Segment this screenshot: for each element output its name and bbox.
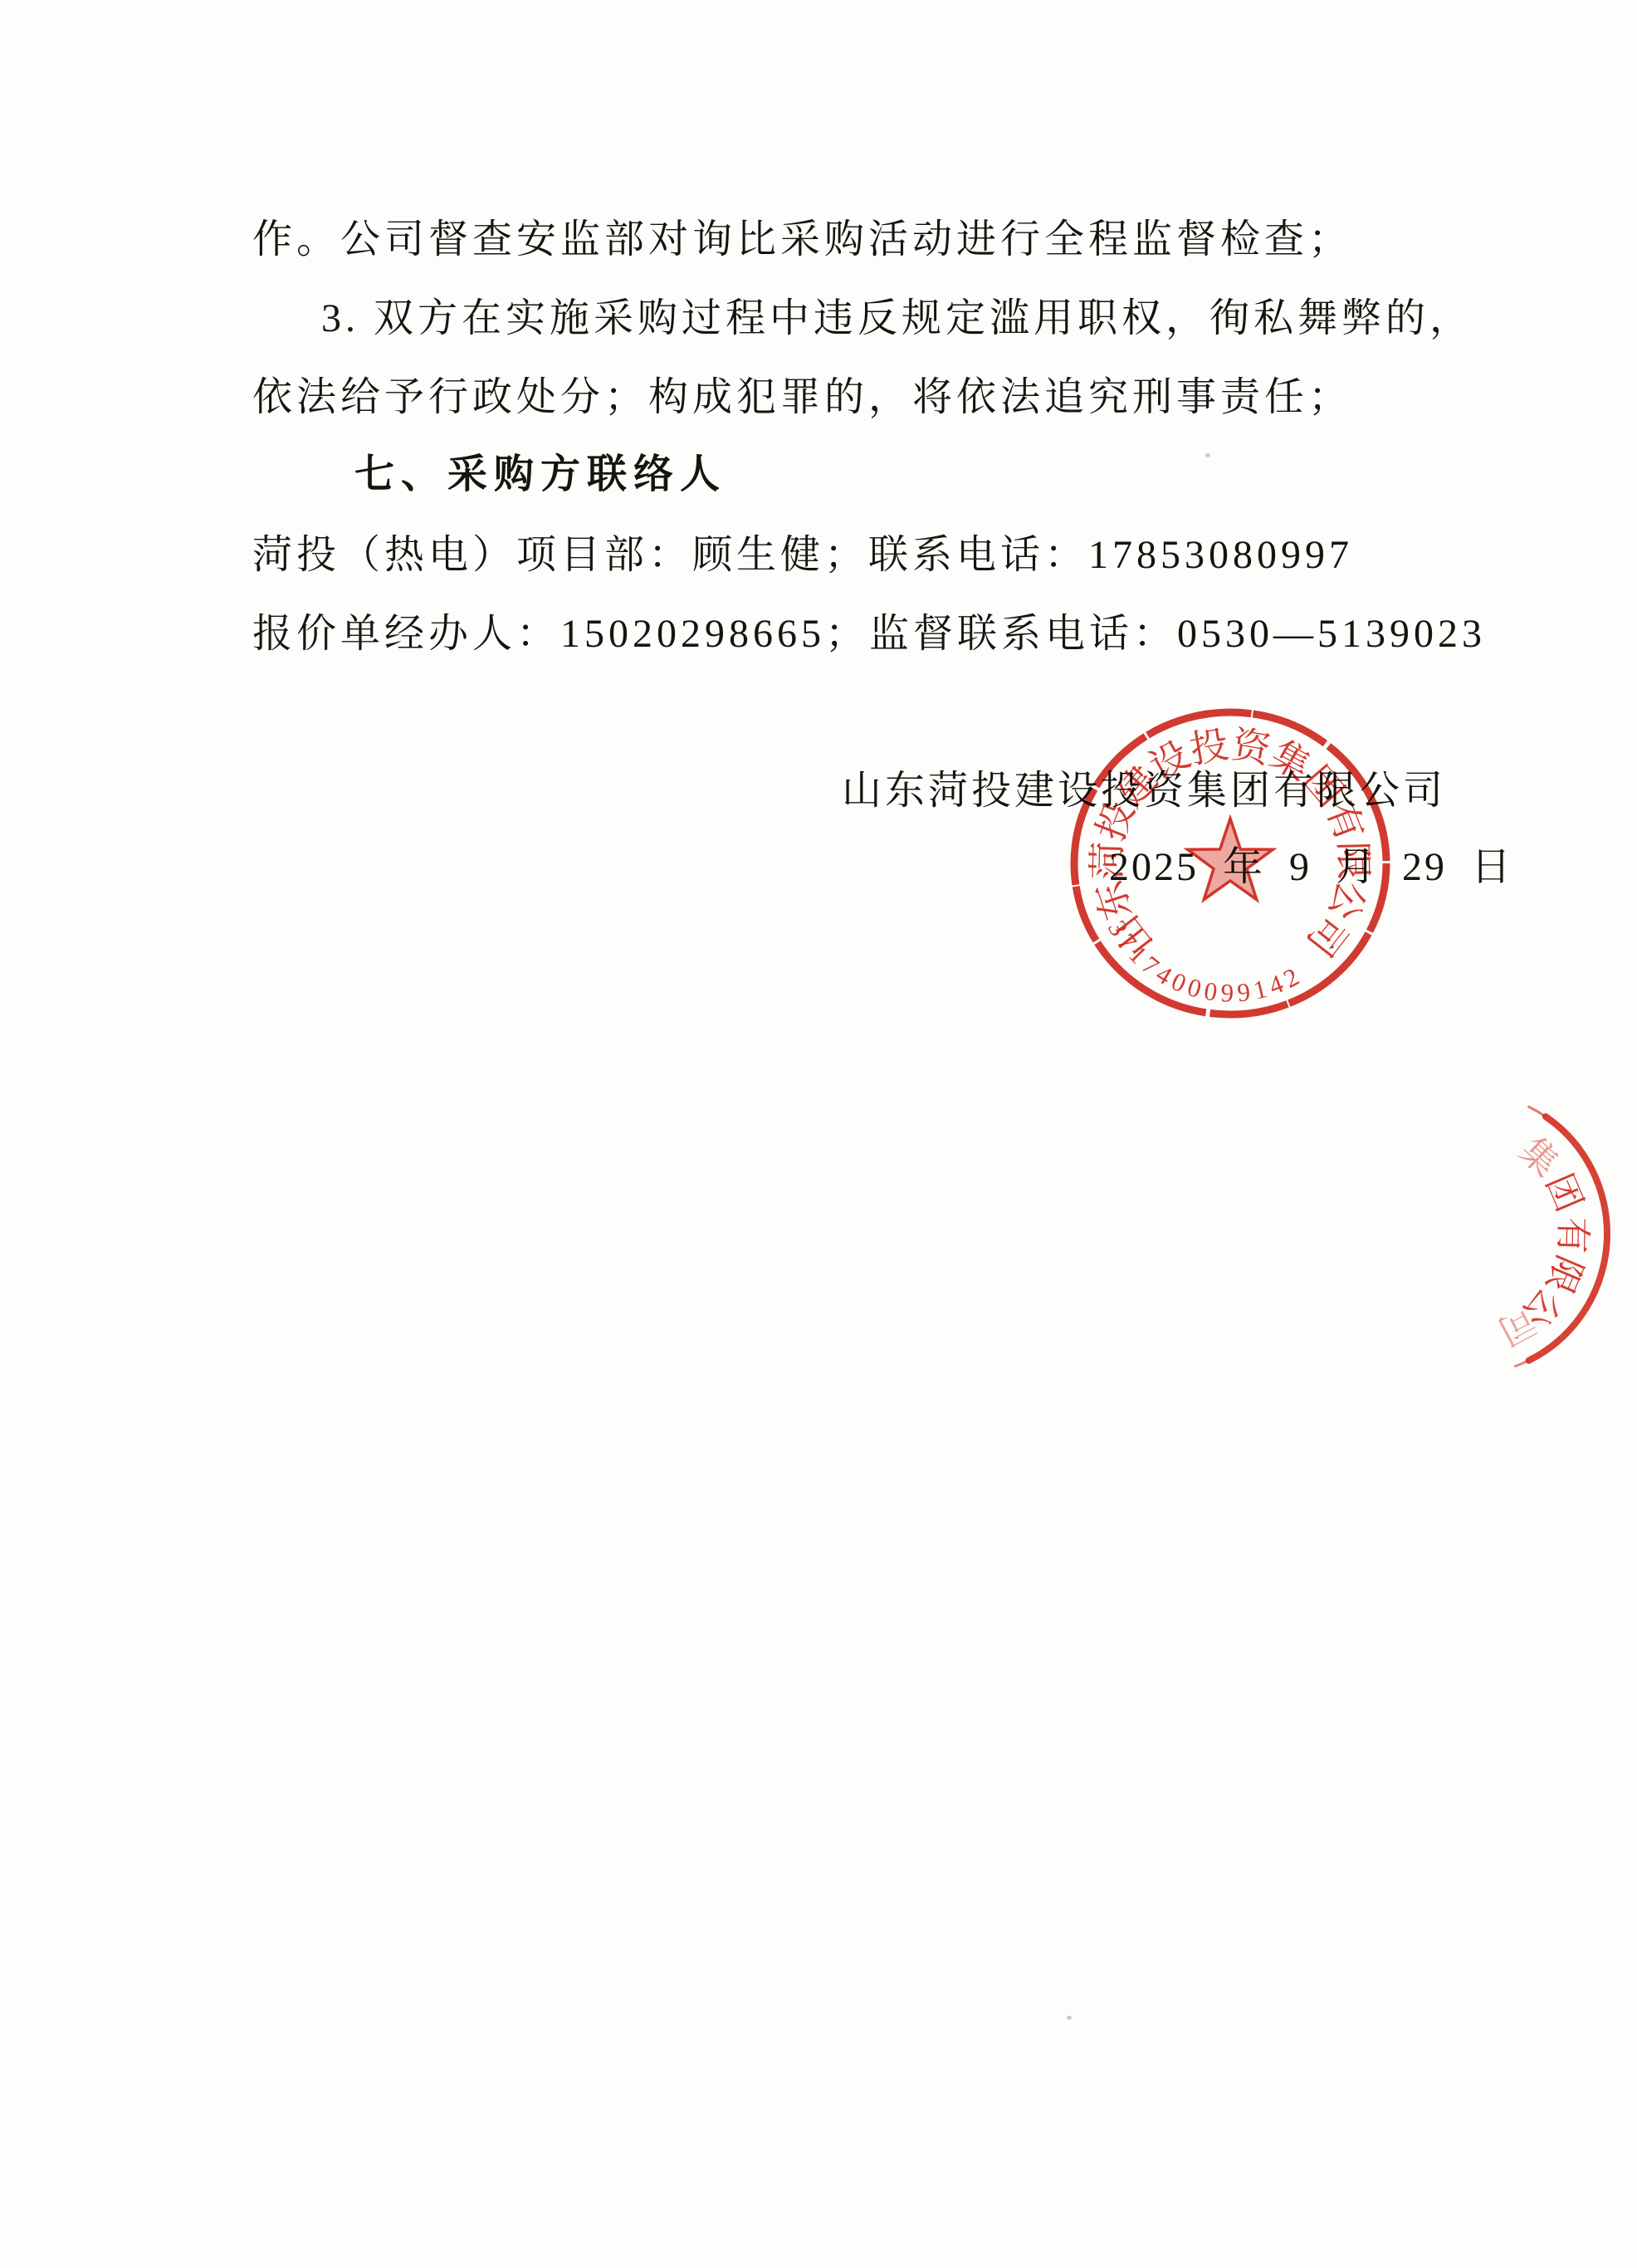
body-line-2: 3. 双方在实施采购过程中违反规定滥用职权，徇私舞弊的， [321,297,1473,340]
svg-text:9: 9 [1220,978,1234,1007]
company-seal-stamp: 山东菏投建设投资集团有限公司3717400099142 [1048,681,1413,1046]
scan-speck [1205,453,1210,457]
body-line-1: 作。公司督查安监部对询比采购活动进行全程监督检查； [252,218,1352,262]
scan-speck [1067,2016,1072,2020]
body-line-3: 依法给予行政处分；构成犯罪的，将依法追究刑事责任； [252,376,1352,419]
svg-text:有: 有 [1551,1217,1593,1254]
svg-text:限: 限 [1332,841,1375,880]
svg-text:投: 投 [1187,723,1232,771]
svg-text:9: 9 [1236,977,1252,1007]
section-heading-contacts: 七、采购方联络人 [354,453,726,496]
svg-text:0: 0 [1202,976,1219,1007]
document-page: { "page": { "background": "#fdfdfc" }, "… [0,0,1637,2268]
corner-partial-seal-stamp: 集团有限公司 [1438,1059,1637,1408]
svg-text:菏: 菏 [1086,841,1129,880]
contact-line-project-dept: 菏投（热电）项目部：顾生健；联系电话：17853080997 [252,534,1353,577]
contact-line-quotation: 报价单经办人：15020298665；监督联系电话：0530—5139023 [252,613,1486,656]
